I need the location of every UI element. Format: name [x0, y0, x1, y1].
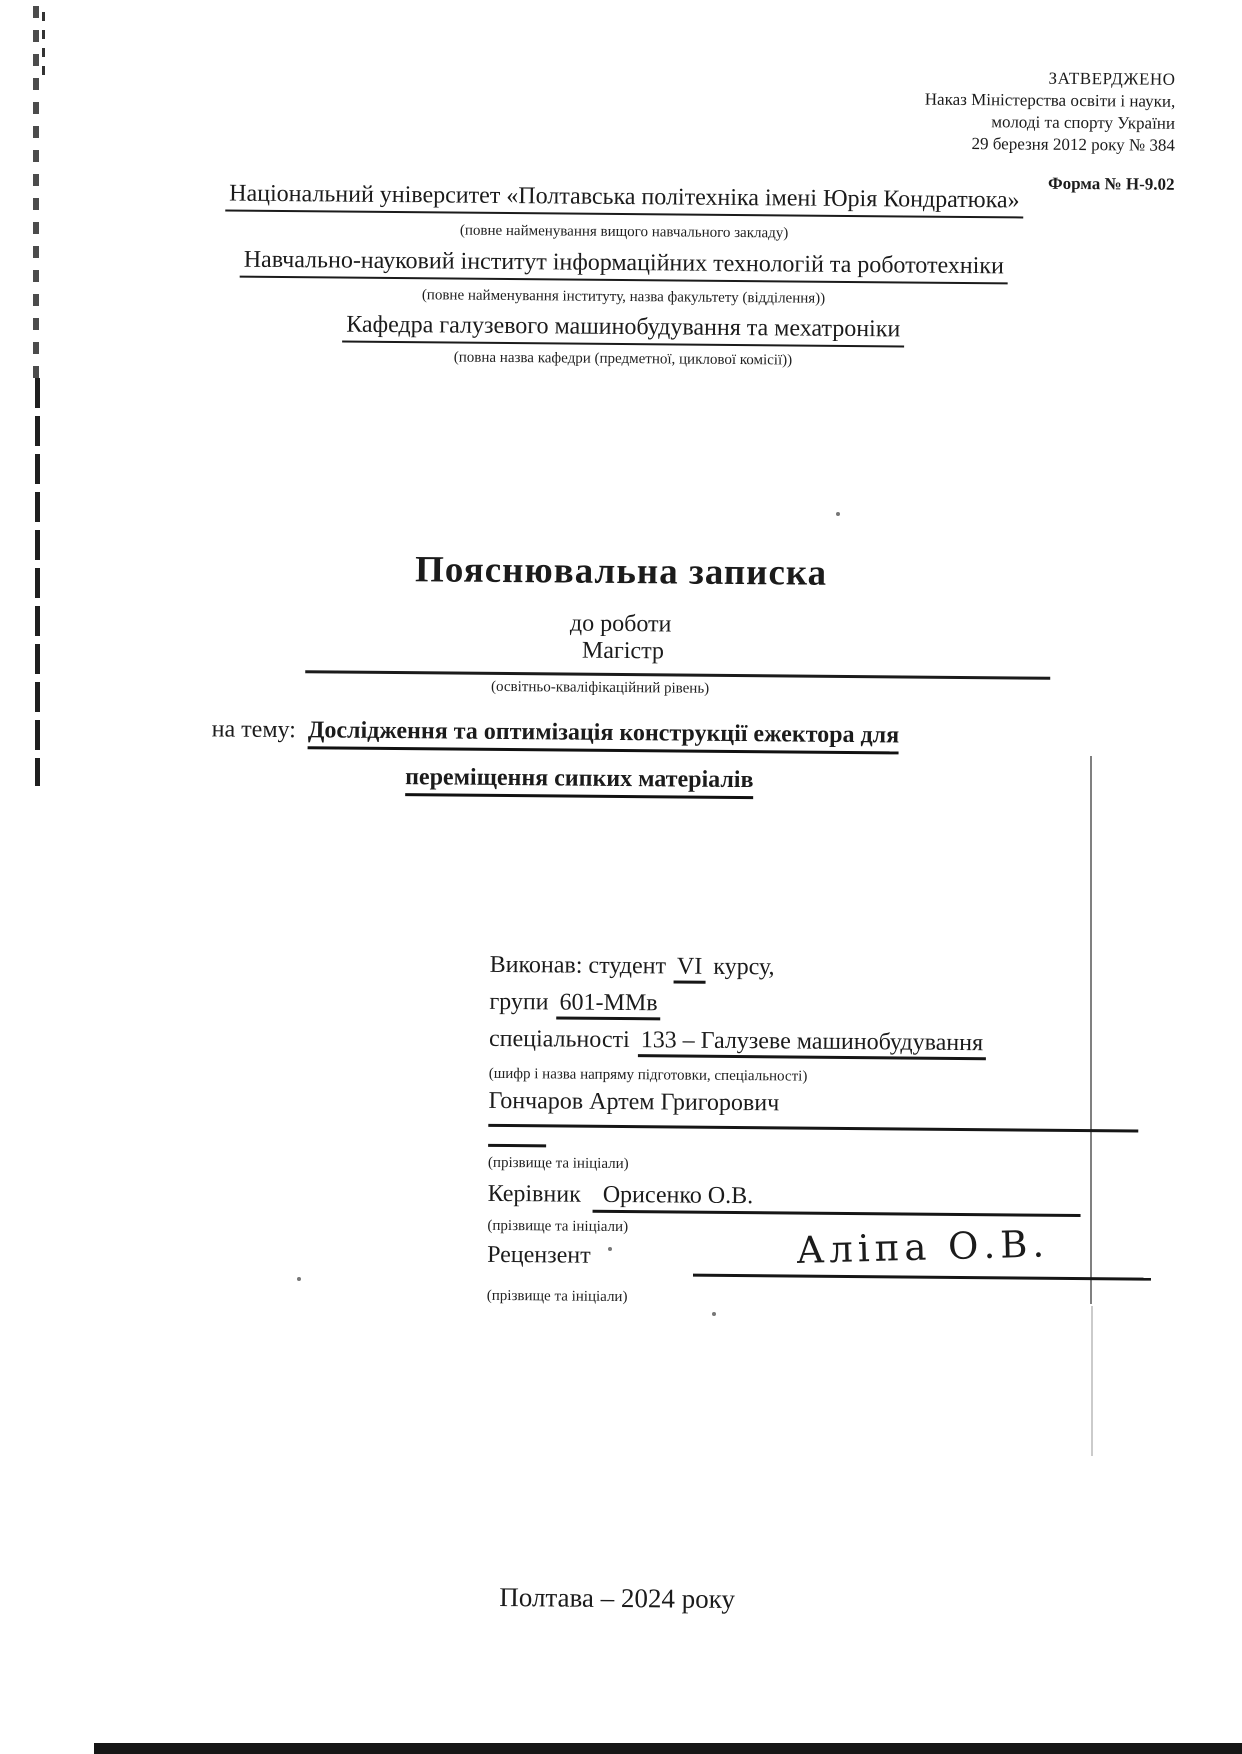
university-name: Національний університет «Полтавська пол… — [225, 181, 1024, 219]
topic-line-1: на тему:Дослідження та оптимізація конст… — [212, 716, 900, 749]
order-line-ministry: Наказ Міністерства освіти і науки, — [865, 88, 1175, 113]
specialty-value: 133 – Галузеве машинобудування — [638, 1028, 987, 1060]
topic-line-2: переміщення сипких матеріалів — [69, 761, 1089, 797]
specialty-caption: (шифр і назва напряму підготовки, спеціа… — [489, 1066, 808, 1086]
document-title: Пояснювальна записка — [71, 545, 1171, 598]
short-stroke-line — [488, 1128, 546, 1148]
student-name-caption: (прізвище та ініціали) — [488, 1155, 629, 1173]
group-line: групи601-ММв — [489, 989, 660, 1021]
qualification-level-line: Магістр — [305, 635, 1050, 679]
institute-row: Навчально-науковий інститут інформаційни… — [74, 245, 1174, 286]
reviewer-caption: (прізвище та ініціали) — [487, 1288, 628, 1306]
topic-text-1: Дослідження та оптимізація конструкції е… — [308, 717, 899, 754]
institute-name: Навчально-науковий інститут інформаційни… — [240, 247, 1008, 285]
performed-line: Виконав: студентVIкурсу, — [490, 952, 775, 985]
student-name: Гончаров Артем Григорович — [488, 1088, 779, 1117]
reviewer-name-handwritten: Аліпа О.В. — [795, 1222, 1049, 1272]
department-caption: (повна назва кафедри (предметної, циклов… — [73, 346, 1173, 373]
supervisor-name: Орисенко О.В. — [593, 1183, 1081, 1217]
scanned-title-page: ЗАТВЕРДЖЕНО Наказ Міністерства освіти і … — [0, 0, 1242, 1754]
department-row: Кафедра галузевого машинобудування та ме… — [73, 309, 1173, 350]
group-code: 601-ММв — [556, 990, 660, 1020]
order-line-date-number: 29 березня 2012 року № 384 — [865, 132, 1175, 157]
author-block: Виконав: студентVIкурсу, групи601-ММв сп… — [486, 952, 1179, 1358]
topic-text-2: переміщення сипких матеріалів — [405, 764, 754, 799]
approval-block: ЗАТВЕРДЖЕНО Наказ Міністерства освіти і … — [865, 66, 1176, 157]
supervisor-caption: (прізвище та ініціали) — [487, 1218, 628, 1236]
performed-prefix: Виконав: студент — [490, 952, 667, 980]
topic-label: на тему: — [212, 716, 296, 743]
reviewer-label: Рецензент — [487, 1242, 591, 1269]
order-line-youth-sport: молоді та спорту України — [865, 110, 1175, 135]
group-label: групи — [489, 989, 548, 1016]
city-year: Полтава – 2024 року — [62, 1578, 1172, 1619]
performed-suffix: курсу, — [713, 954, 774, 981]
university-caption: (повне найменування вищого навчального з… — [74, 219, 1174, 246]
qualification-level-caption: (освітньо-кваліфікаційний рівень) — [70, 675, 1130, 701]
specialty-label: спеціальності — [489, 1026, 630, 1053]
reviewer-signature-line: Аліпа О.В. — [693, 1226, 1151, 1281]
page-content: ЗАТВЕРДЖЕНО Наказ Міністерства освіти і … — [0, 0, 1242, 1754]
institute-caption: (повне найменування інституту, назва фак… — [73, 284, 1173, 311]
reviewer-line: Рецензент — [487, 1242, 591, 1270]
specialty-line: спеціальності133 – Галузеве машинобудува… — [489, 1026, 986, 1061]
student-name-line: Гончаров Артем Григорович — [488, 1088, 1138, 1133]
approved-label: ЗАТВЕРДЖЕНО — [865, 66, 1175, 91]
qualification-level: Магістр — [582, 638, 664, 665]
course-number: VI — [674, 954, 706, 983]
supervisor-line: КерівникОрисенко О.В. — [488, 1181, 1081, 1217]
department-name: Кафедра галузевого машинобудування та ме… — [342, 312, 904, 348]
supervisor-label: Керівник — [488, 1181, 581, 1208]
